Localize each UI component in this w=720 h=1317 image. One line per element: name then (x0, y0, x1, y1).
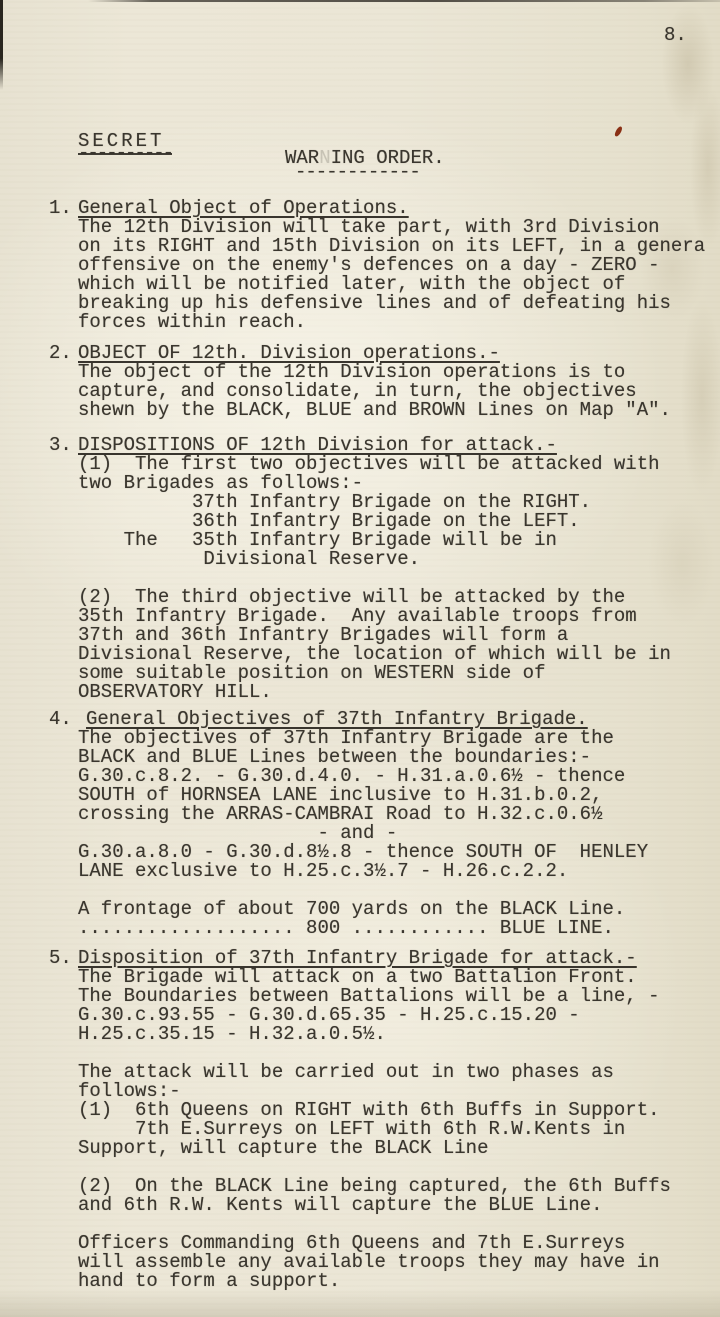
ink-fleck (614, 125, 623, 137)
section-general-objectives-37th-brigade: 4. General Objectives of 37th Infantry B… (78, 710, 720, 938)
section-number: 2. (49, 344, 72, 363)
section-body: The objectives of 37th Infantry Brigade … (78, 729, 720, 938)
section-number: 3. (49, 436, 72, 455)
classification-underline: ---------- (78, 142, 172, 164)
section-number: 4. (49, 710, 72, 729)
classification-label: SECRET ---------- (78, 130, 172, 155)
section-object-of-12th-division-operations: 2. OBJECT OF 12th. Division operations.-… (78, 344, 720, 420)
text-line: Divisional Reserve. (78, 550, 720, 569)
section-body: The Brigade will attack on a two Battali… (78, 968, 720, 1291)
section-body: (1) The first two objectives will be att… (78, 455, 720, 702)
scan-artifact-bottom-shade (0, 1289, 720, 1317)
title-underline: ------------ (295, 161, 420, 183)
section-number: 5. (49, 949, 72, 968)
text-line: Support, will capture the BLACK Line (78, 1139, 720, 1158)
text-line: OBSERVATORY HILL. (78, 683, 720, 702)
page-number: 8. (664, 24, 687, 46)
text-line: and 6th R.W. Kents will capture the BLUE… (78, 1196, 720, 1215)
section-number: 1. (49, 199, 72, 218)
section-general-object-of-operations: 1. General Object of Operations. The 12t… (78, 199, 720, 332)
text-line: H.25.c.35.15 - H.32.a.0.5½. (78, 1025, 720, 1044)
document-page: 8. SECRET ---------- WARNING ORDER. ----… (0, 0, 720, 1317)
section-body: The object of the 12th Division operatio… (78, 363, 720, 420)
text-line: hand to form a support. (78, 1272, 720, 1291)
text-line: shewn by the BLACK, BLUE and BROWN Lines… (78, 401, 720, 420)
section-disposition-37th-brigade-attack: 5. Disposition of 37th Infantry Brigade … (78, 949, 720, 1291)
text-line: LANE exclusive to H.25.c.3½.7 - H.26.c.2… (78, 862, 720, 881)
section-dispositions-of-12th-division: 3. DISPOSITIONS OF 12th Division for att… (78, 436, 720, 702)
scan-artifact-left-edge (0, 0, 3, 90)
text-line: forces within reach. (78, 313, 720, 332)
scan-artifact-top-edge (88, 0, 720, 2)
section-body: The 12th Division will take part, with 3… (78, 218, 720, 332)
text-line: ................... 800 ............ BLU… (78, 919, 720, 938)
order-sections: 1. General Object of Operations. The 12t… (78, 199, 720, 1291)
